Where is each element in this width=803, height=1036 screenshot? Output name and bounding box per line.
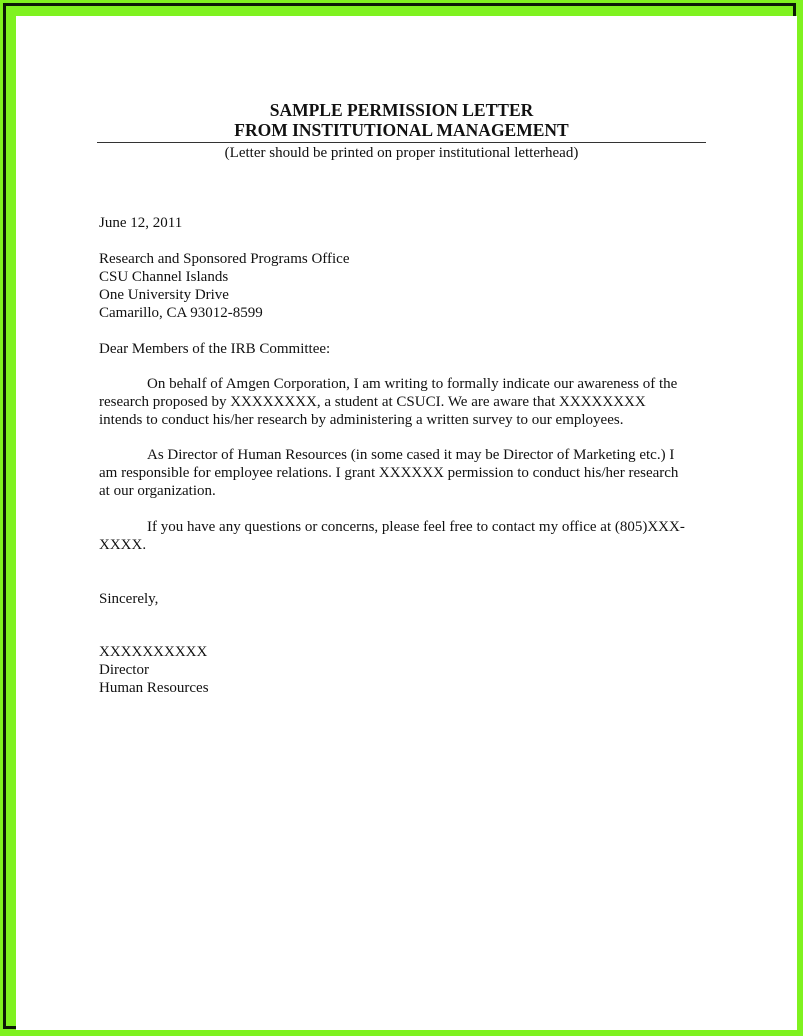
address-line: Camarillo, CA 93012-8599 [99,304,263,322]
address-line: CSU Channel Islands [99,268,228,286]
letter-date: June 12, 2011 [99,214,182,232]
letter-title-line1: SAMPLE PERMISSION LETTER [0,100,803,120]
letter-title-line2: FROM INSTITUTIONAL MANAGEMENT [0,120,803,140]
paragraph-line: If you have any questions or concerns, p… [147,518,685,536]
salutation: Dear Members of the IRB Committee: [99,340,330,358]
paragraph-line: As Director of Human Resources (in some … [147,446,674,464]
paragraph-line: XXXX. [99,536,146,554]
address-line: Research and Sponsored Programs Office [99,250,350,268]
signature-name: XXXXXXXXXX [99,643,207,661]
title-divider [97,142,706,143]
letter-subtitle: (Letter should be printed on proper inst… [0,144,803,162]
signature-department: Human Resources [99,679,209,697]
paragraph-line: On behalf of Amgen Corporation, I am wri… [147,375,677,393]
closing: Sincerely, [99,590,158,608]
paragraph-line: research proposed by XXXXXXXX, a student… [99,393,646,411]
address-line: One University Drive [99,286,229,304]
paragraph-line: at our organization. [99,482,216,500]
signature-title: Director [99,661,149,679]
paragraph-line: intends to conduct his/her research by a… [99,411,623,429]
paragraph-line: am responsible for employee relations. I… [99,464,678,482]
